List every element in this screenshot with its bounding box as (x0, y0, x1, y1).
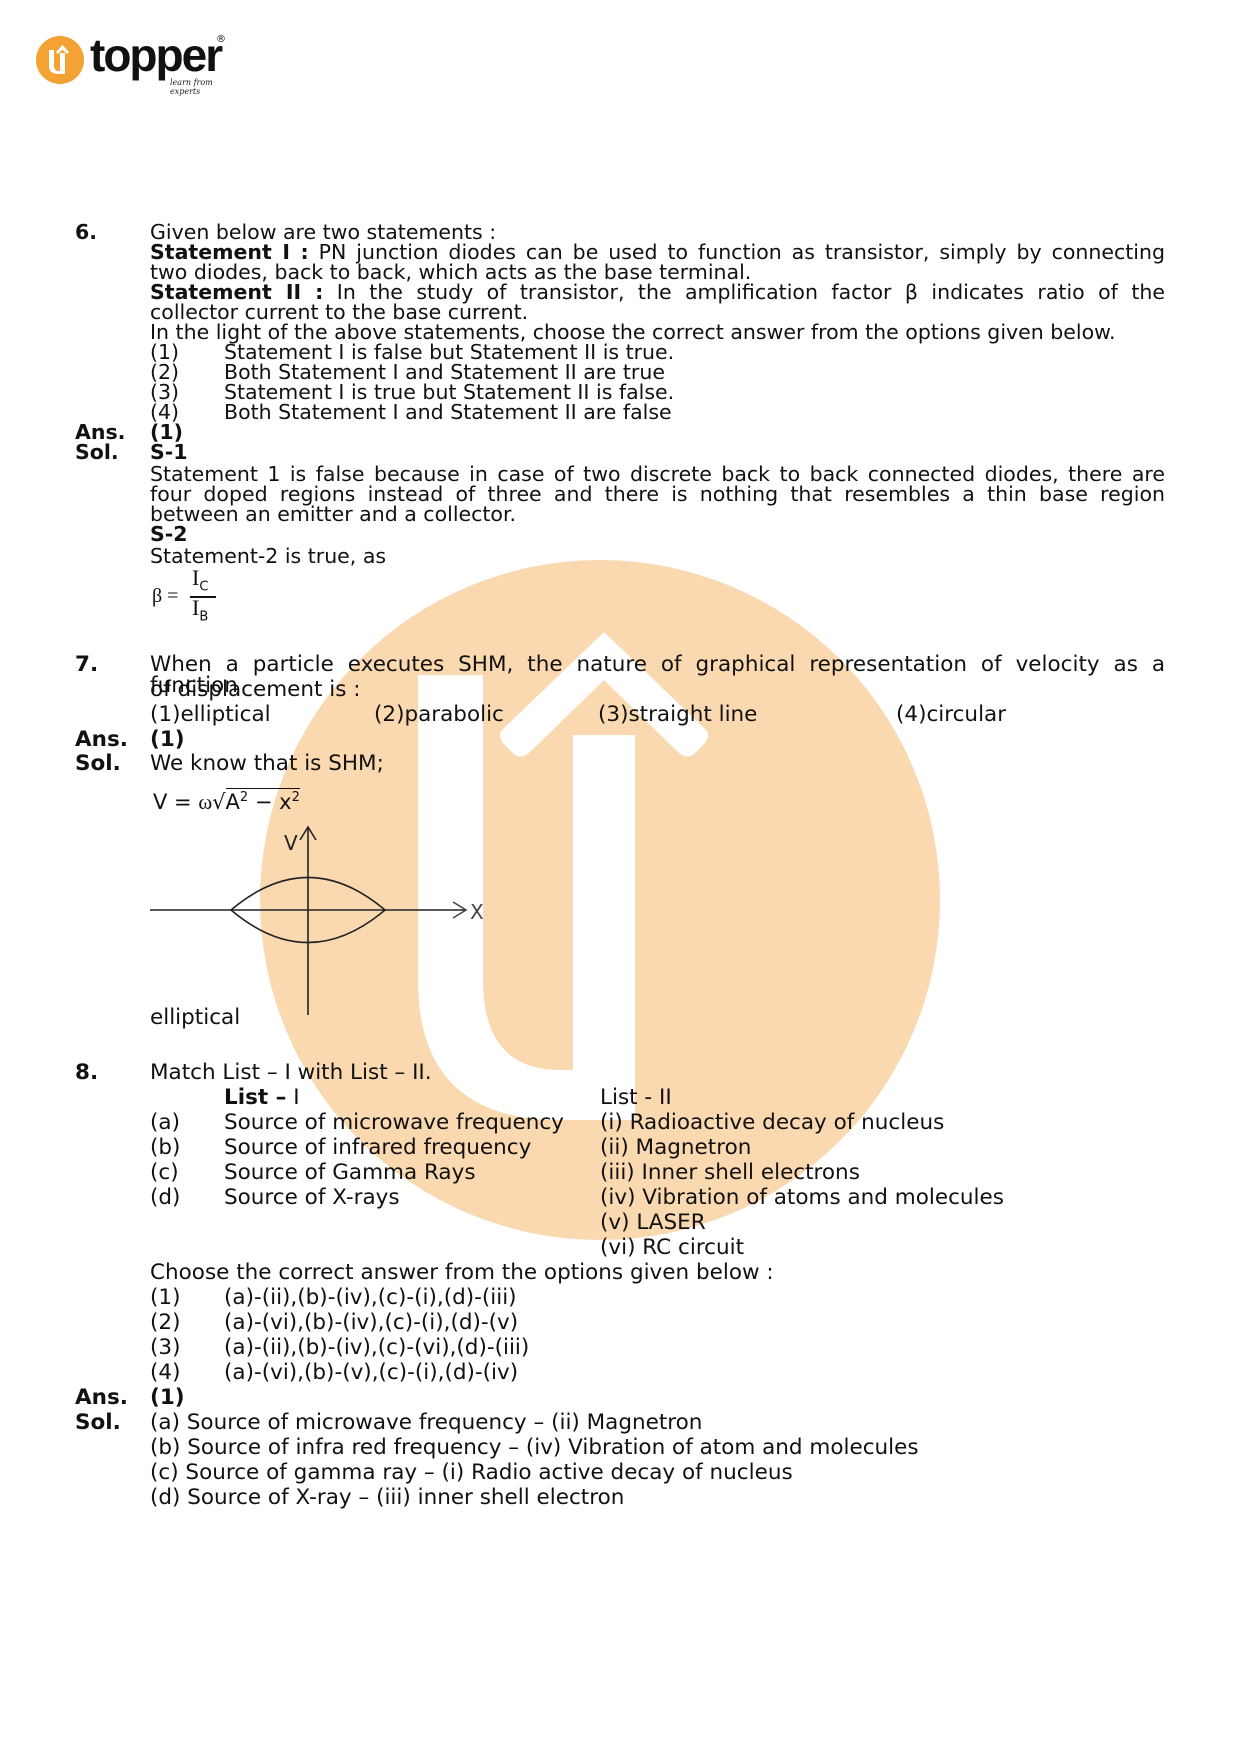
list-1-item: Source of X-rays (224, 1188, 400, 1209)
list-1-key: (a) (150, 1113, 180, 1134)
list-1-key: (c) (150, 1163, 179, 1184)
list-2-header: List - II (600, 1088, 672, 1109)
list-1-header: List – I (224, 1088, 300, 1109)
solution-s2-label: S-2 (150, 524, 188, 545)
list-1-key: (d) (150, 1188, 180, 1209)
question-number: 7. (75, 655, 98, 676)
numerator-subscript: C (199, 579, 208, 594)
question-number: 6. (75, 222, 97, 243)
answer-value: (1) (150, 730, 185, 751)
answer-label: Ans. (75, 730, 128, 751)
velocity-displacement-graph: V X (148, 820, 498, 1020)
option-number: (4) (150, 1363, 180, 1384)
brand-name: topper (90, 28, 221, 82)
registered-mark: ® (216, 34, 226, 45)
option-text: (a)-(ii),(b)-(iv),(c)-(i),(d)-(iii) (224, 1288, 517, 1309)
formula-lhs: β = (152, 586, 178, 607)
solution-line1: We know that is SHM; (150, 754, 384, 775)
list-1-item: Source of infrared frequency (224, 1138, 531, 1159)
list-1-header-bold: List – (224, 1085, 286, 1110)
list-1-key: (b) (150, 1138, 180, 1159)
beta-formula: β = IC IB (152, 568, 232, 630)
option-1: (1)elliptical (150, 705, 271, 726)
option-2: (2)parabolic (374, 705, 504, 726)
y-axis-label: V (284, 831, 298, 855)
x-axis-label: X (470, 900, 484, 924)
solution-s2-line1: Statement-2 is true, as (150, 546, 386, 567)
radicand-a: A (226, 790, 240, 814)
option-text: (a)-(vi),(b)-(v),(c)-(i),(d)-(iv) (224, 1363, 518, 1384)
radicand-x-exponent: 2 (292, 790, 300, 805)
solution-line: (b) Source of infra red frequency – (iv)… (150, 1438, 919, 1459)
formula-numerator: IC (192, 568, 208, 598)
option-text: (a)-(vi),(b)-(iv),(c)-(i),(d)-(v) (224, 1313, 518, 1334)
option-number: (2) (150, 1313, 180, 1334)
list-2-item: (ii) Magnetron (600, 1138, 751, 1159)
list-2-item: (iv) Vibration of atoms and molecules (600, 1188, 1004, 1209)
solution-line: (a) Source of microwave frequency – (ii)… (150, 1413, 702, 1434)
list-2-item: (vi) RC circuit (600, 1238, 744, 1259)
radicand-a-exponent: 2 (240, 790, 248, 805)
list-1-header-rest: I (286, 1085, 299, 1110)
solution-s1-line3: between an emitter and a collector. (150, 504, 516, 525)
list-2-item: (iii) Inner shell electrons (600, 1163, 860, 1184)
solution-line: (d) Source of X-ray – (iii) inner shell … (150, 1488, 624, 1509)
formula-lhs: V = (153, 790, 198, 814)
answer-value: (1) (150, 1388, 185, 1409)
list-1-item: Source of Gamma Rays (224, 1163, 476, 1184)
solution-label: Sol. (75, 1413, 121, 1434)
solution-label: Sol. (75, 754, 121, 775)
velocity-formula: V = ω√A2 − x2 (153, 788, 300, 813)
list-2-item: (i) Radioactive decay of nucleus (600, 1113, 944, 1134)
option-text: Both Statement I and Statement II are fa… (224, 402, 672, 423)
solution-line: (c) Source of gamma ray – (i) Radio acti… (150, 1463, 793, 1484)
answer-label: Ans. (75, 1388, 128, 1409)
formula-minus: − (248, 790, 279, 814)
question-prompt: Choose the correct answer from the optio… (150, 1263, 774, 1284)
solution-s1-label: S-1 (150, 442, 188, 463)
option-number: (1) (150, 1288, 180, 1309)
solution-conclusion: elliptical (150, 1008, 240, 1029)
question-text-line2: of displacement is : (150, 680, 361, 701)
option-4: (4)circular (896, 705, 1006, 726)
solution-label: Sol. (75, 442, 119, 463)
u-arrow-up-icon (36, 36, 84, 84)
option-text: (a)-(ii),(b)-(iv),(c)-(vi),(d)-(iii) (224, 1338, 529, 1359)
formula-denominator: IB (192, 598, 208, 628)
option-3: (3)straight line (598, 705, 757, 726)
radicand-x: x (279, 790, 291, 814)
topper-logo: topper ® learn from experts (34, 34, 234, 94)
question-intro: Match List – I with List – II. (150, 1063, 432, 1084)
list-2-item: (v) LASER (600, 1213, 706, 1234)
question-number: 8. (75, 1063, 98, 1084)
formula-radicand: A2 − x2 (226, 788, 300, 814)
formula-omega: ω (198, 790, 212, 814)
list-1-item: Source of microwave frequency (224, 1113, 564, 1134)
option-number: (3) (150, 1338, 180, 1359)
denominator-subscript: B (199, 609, 208, 624)
brand-tagline: learn from experts (170, 78, 234, 96)
document-page: topper ® learn from experts 6. Given bel… (0, 0, 1240, 1755)
